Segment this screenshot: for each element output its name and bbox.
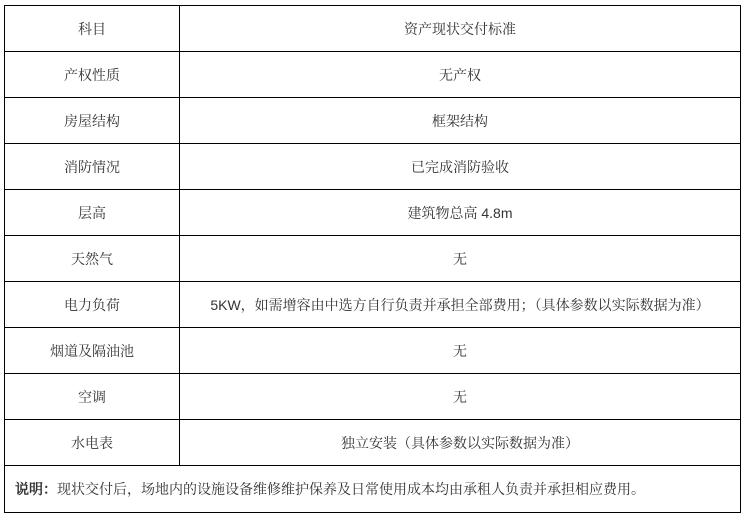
row-value: 独立安装（具体参数以实际数据为准） bbox=[180, 420, 741, 466]
row-label: 消防情况 bbox=[5, 144, 180, 190]
note-row: 说明：现状交付后，场地内的设施设备维修维护保养及日常使用成本均由承租人负责并承担… bbox=[5, 466, 741, 513]
table-row: 电力负荷 5KW，如需增容由中选方自行负责并承担全部费用；（具体参数以实际数据为… bbox=[5, 282, 741, 328]
row-label: 房屋结构 bbox=[5, 98, 180, 144]
table-row: 产权性质 无产权 bbox=[5, 52, 741, 98]
table-row: 消防情况 已完成消防验收 bbox=[5, 144, 741, 190]
note-label: 说明： bbox=[15, 481, 57, 497]
row-value: 框架结构 bbox=[180, 98, 741, 144]
row-label: 层高 bbox=[5, 190, 180, 236]
row-label: 烟道及隔油池 bbox=[5, 328, 180, 374]
row-label: 电力负荷 bbox=[5, 282, 180, 328]
table-row: 房屋结构 框架结构 bbox=[5, 98, 741, 144]
table-row: 烟道及隔油池 无 bbox=[5, 328, 741, 374]
table-row: 层高 建筑物总高 4.8m bbox=[5, 190, 741, 236]
document-page: 科目 资产现状交付标准 产权性质 无产权 房屋结构 框架结构 消防情况 已完成消… bbox=[0, 0, 745, 527]
row-value: 无 bbox=[180, 236, 741, 282]
row-value: 已完成消防验收 bbox=[180, 144, 741, 190]
row-value: 无 bbox=[180, 328, 741, 374]
row-value: 5KW，如需增容由中选方自行负责并承担全部费用；（具体参数以实际数据为准） bbox=[180, 282, 741, 328]
row-value: 资产现状交付标准 bbox=[180, 6, 741, 52]
note-text: 现状交付后，场地内的设施设备维修维护保养及日常使用成本均由承租人负责并承担相应费… bbox=[57, 481, 645, 497]
row-value: 建筑物总高 4.8m bbox=[180, 190, 741, 236]
table-row: 天然气 无 bbox=[5, 236, 741, 282]
row-value: 无产权 bbox=[180, 52, 741, 98]
row-label: 水电表 bbox=[5, 420, 180, 466]
row-label: 空调 bbox=[5, 374, 180, 420]
note-cell: 说明：现状交付后，场地内的设施设备维修维护保养及日常使用成本均由承租人负责并承担… bbox=[5, 466, 741, 513]
table-row: 水电表 独立安装（具体参数以实际数据为准） bbox=[5, 420, 741, 466]
row-value: 无 bbox=[180, 374, 741, 420]
row-label: 产权性质 bbox=[5, 52, 180, 98]
table-row: 空调 无 bbox=[5, 374, 741, 420]
table-row: 科目 资产现状交付标准 bbox=[5, 6, 741, 52]
row-label: 科目 bbox=[5, 6, 180, 52]
row-label: 天然气 bbox=[5, 236, 180, 282]
spec-table-body: 科目 资产现状交付标准 产权性质 无产权 房屋结构 框架结构 消防情况 已完成消… bbox=[5, 6, 741, 466]
note-table-body: 说明：现状交付后，场地内的设施设备维修维护保养及日常使用成本均由承租人负责并承担… bbox=[5, 466, 741, 513]
asset-delivery-spec-table: 科目 资产现状交付标准 产权性质 无产权 房屋结构 框架结构 消防情况 已完成消… bbox=[4, 5, 741, 513]
